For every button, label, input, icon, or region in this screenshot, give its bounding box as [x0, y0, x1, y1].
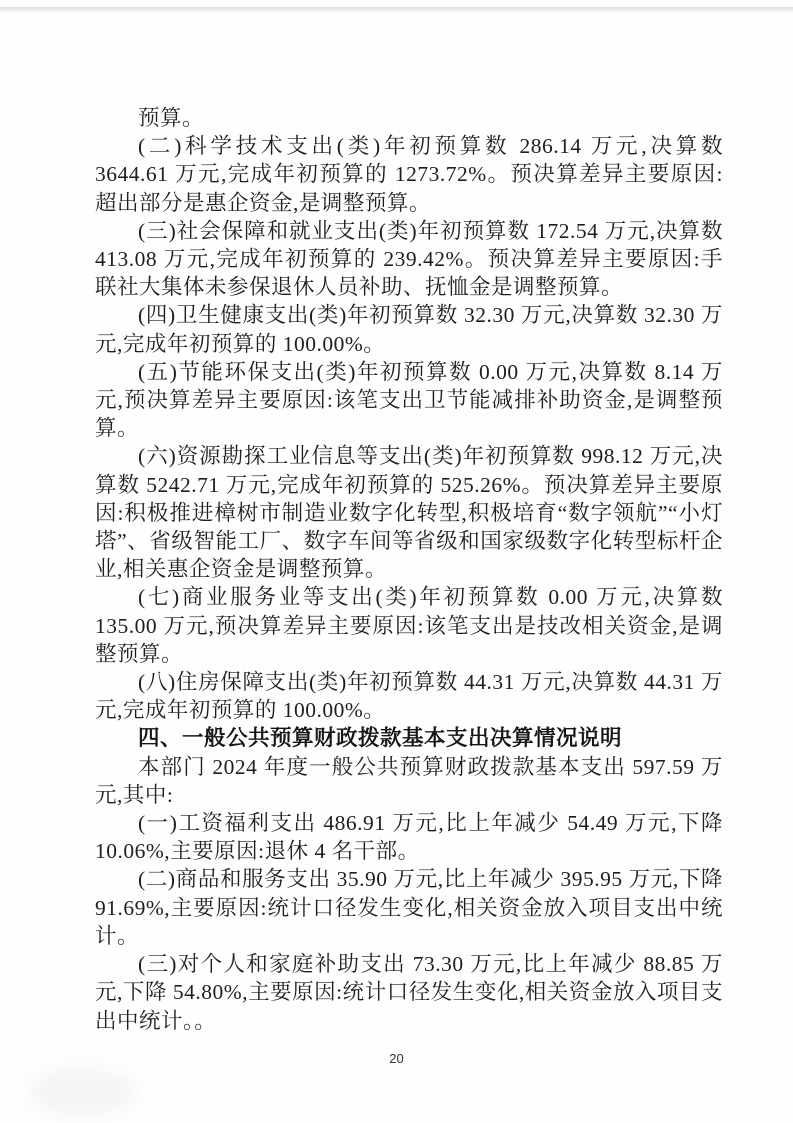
paragraph-housing-security: (八)住房保障支出(类)年初预算数 44.31 万元,决算数 44.31 万元,…: [95, 668, 723, 724]
paragraph-science-tech: (二)科学技术支出(类)年初预算数 286.14 万元,决算数 3644.61 …: [95, 132, 723, 217]
paragraph-goods-services: (二)商品和服务支出 35.90 万元,比上年减少 395.95 万元,下降 9…: [95, 865, 723, 950]
paragraph-individual-family-subsidy: (三)对个人和家庭补助支出 73.30 万元,比上年减少 88.85 万元,下降…: [95, 950, 723, 1035]
paragraph-salary-welfare: (一)工资福利支出 486.91 万元,比上年减少 54.49 万元,下降 10…: [95, 809, 723, 865]
paragraph-social-security: (三)社会保障和就业支出(类)年初预算数 172.54 万元,决算数 413.0…: [95, 217, 723, 302]
paragraph-budget-tail: 预算。: [95, 104, 723, 132]
document-body: 预算。 (二)科学技术支出(类)年初预算数 286.14 万元,决算数 3644…: [95, 104, 723, 1035]
scan-edge-artifact: [0, 7, 793, 13]
paragraph-energy-environment: (五)节能环保支出(类)年初预算数 0.00 万元,决算数 8.14 万元,预决…: [95, 358, 723, 443]
paragraph-basic-expenditure-intro: 本部门 2024 年度一般公共预算财政拨款基本支出 597.59 万元,其中:: [95, 753, 723, 809]
scan-smudge-artifact: [28, 1068, 138, 1116]
paragraph-health: (四)卫生健康支出(类)年初预算数 32.30 万元,决算数 32.30 万元,…: [95, 301, 723, 357]
paragraph-resource-exploration: (六)资源勘探工业信息等支出(类)年初预算数 998.12 万元,决算数 524…: [95, 442, 723, 583]
paragraph-commercial-services: (七)商业服务业等支出(类)年初预算数 0.00 万元,决算数 135.00 万…: [95, 583, 723, 668]
document-page: 预算。 (二)科学技术支出(类)年初预算数 286.14 万元,决算数 3644…: [0, 0, 793, 1123]
section-heading-basic-expenditure: 四、一般公共预算财政拨款基本支出决算情况说明: [95, 724, 723, 752]
page-number: 20: [0, 1051, 793, 1066]
